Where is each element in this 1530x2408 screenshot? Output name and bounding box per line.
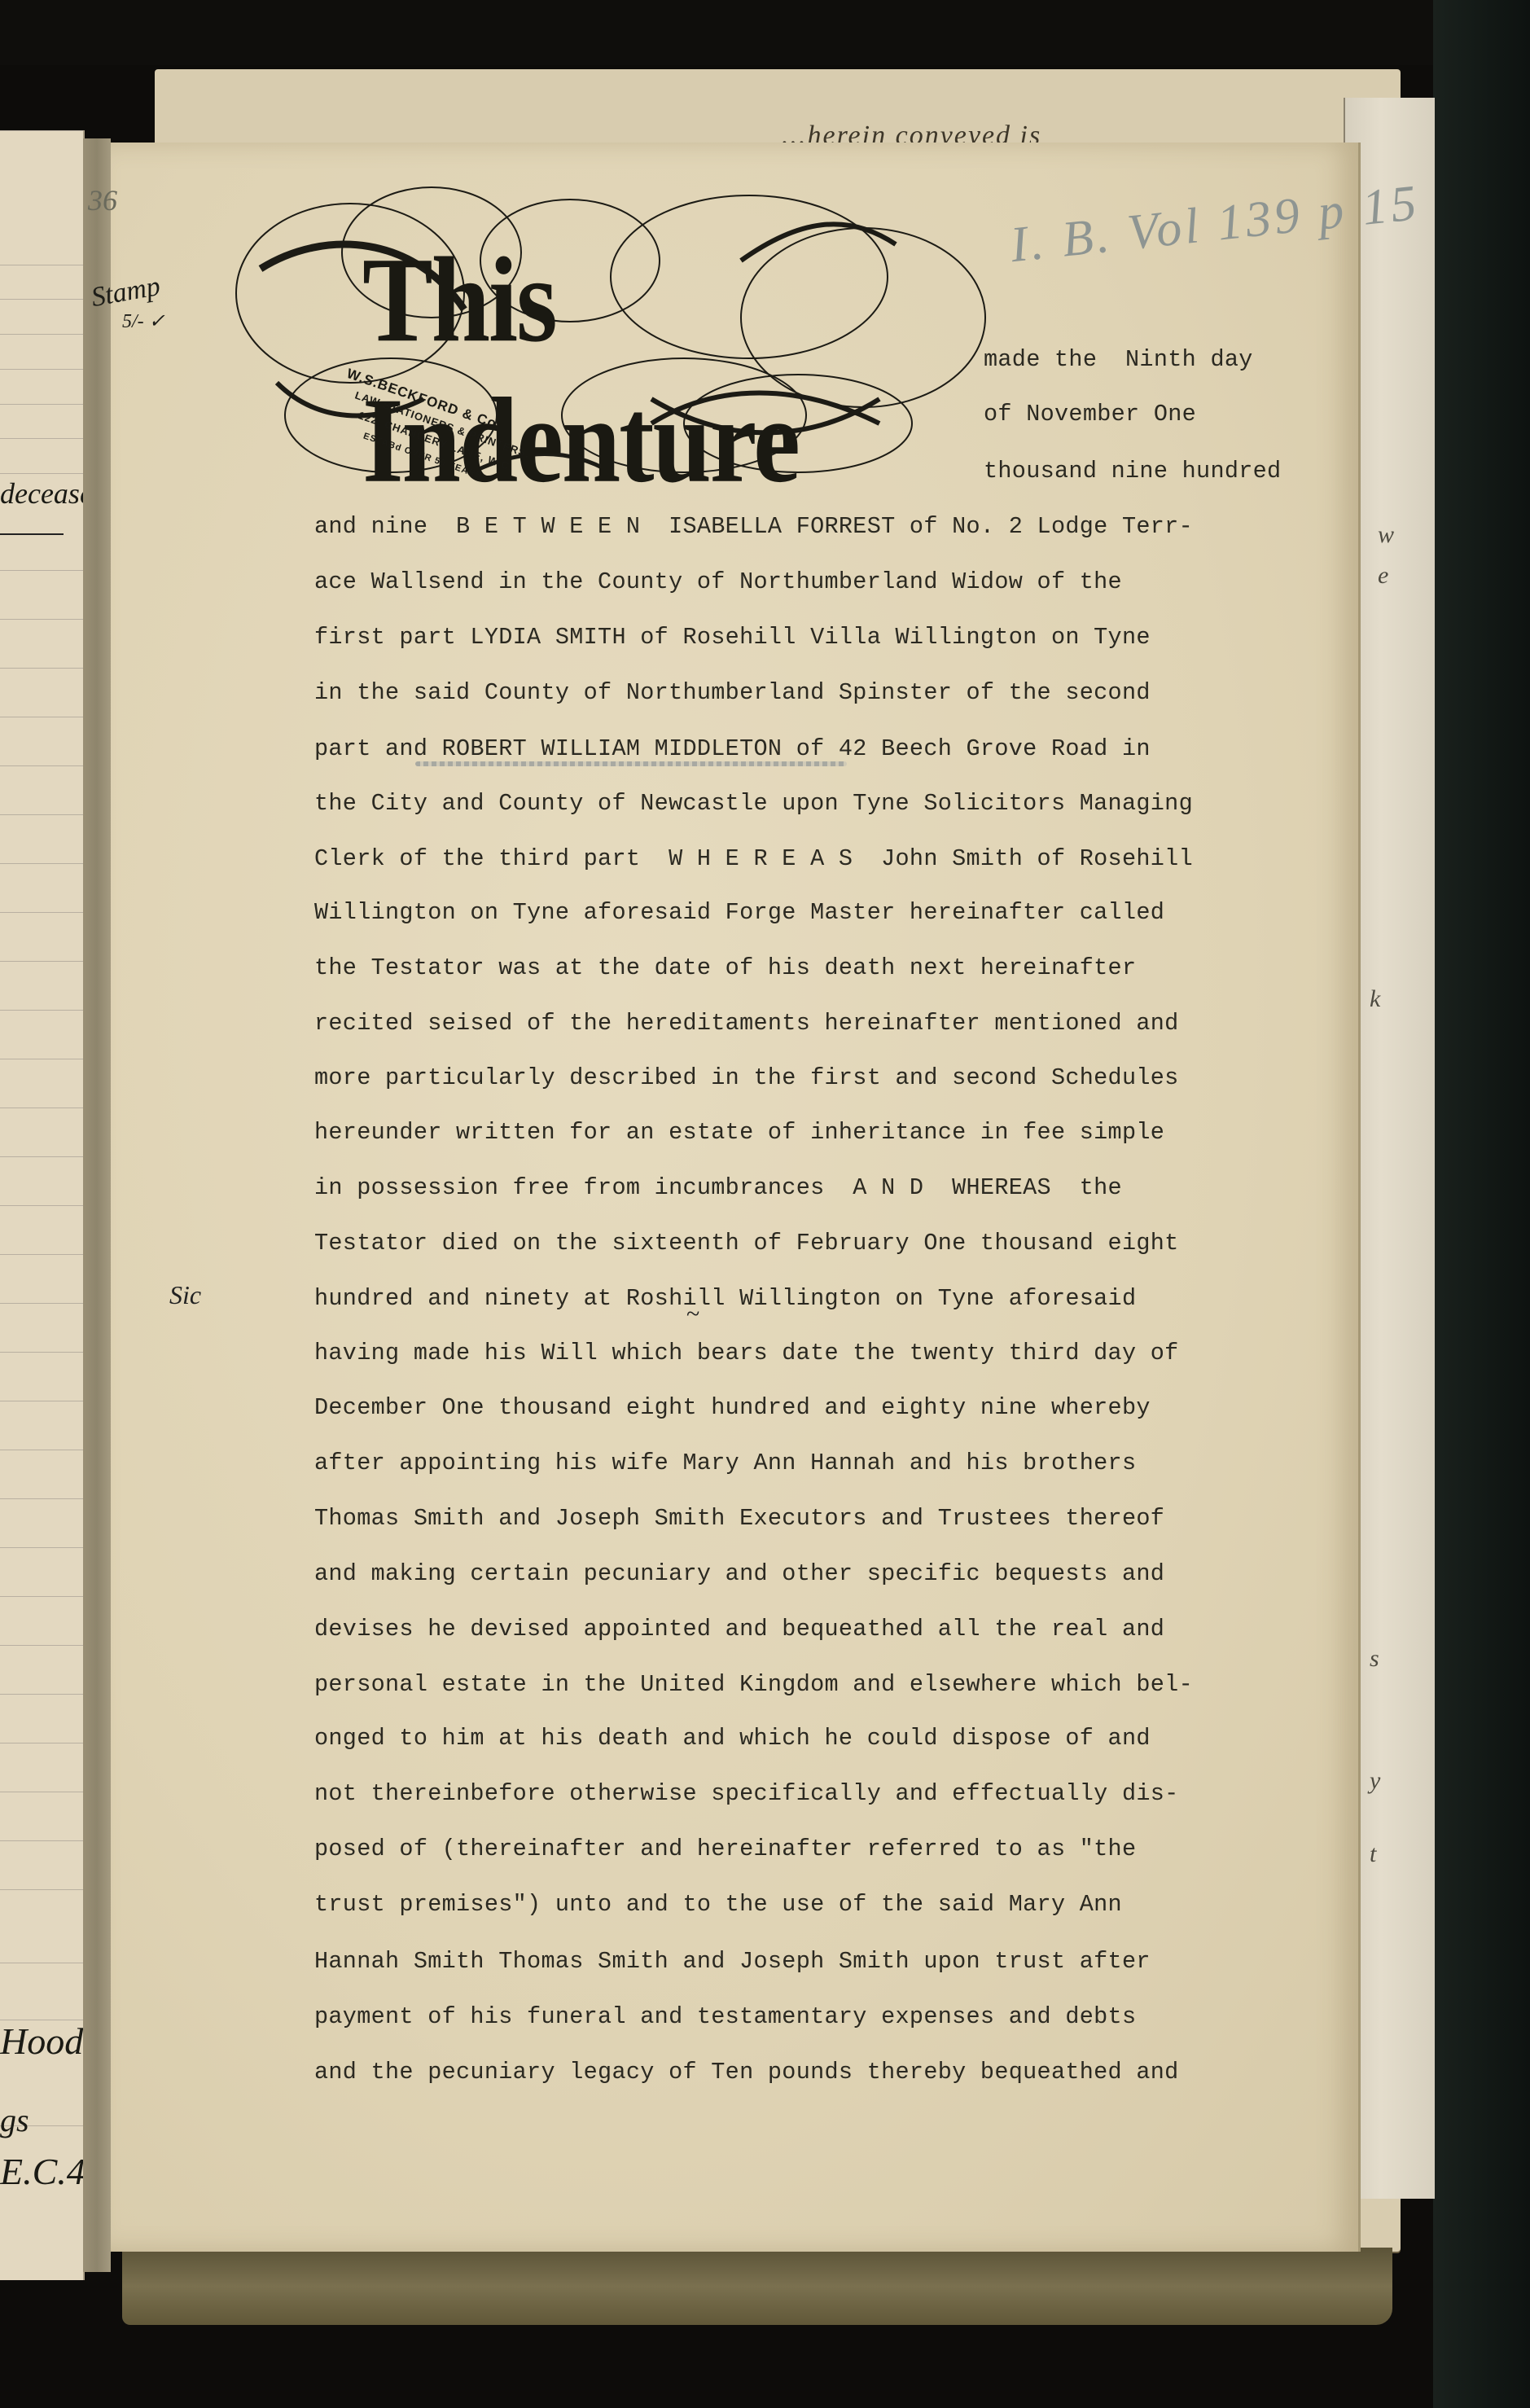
ledger-rule xyxy=(0,1108,83,1108)
ledger-rule xyxy=(0,814,83,815)
page-number: 36 xyxy=(88,183,117,217)
ledger-rule xyxy=(0,668,83,669)
left-page-gs-note: gs xyxy=(0,2101,29,2139)
ledger-rule xyxy=(0,619,83,620)
edge-mark: y xyxy=(1370,1767,1380,1795)
ledger-rule xyxy=(0,369,83,370)
left-page-underline xyxy=(0,533,64,535)
body-line: ace Wallsend in the County of Northumber… xyxy=(314,568,1122,595)
ledger-rule xyxy=(0,570,83,571)
sic-marginal-note: Sic xyxy=(169,1280,201,1310)
ledger-rule xyxy=(0,404,83,405)
ledger-rule xyxy=(0,473,83,474)
body-line: and the pecuniary legacy of Ten pounds t… xyxy=(314,2059,1179,2086)
ledger-rule xyxy=(0,1254,83,1255)
body-line: Testator died on the sixteenth of Februa… xyxy=(314,1230,1179,1257)
ledger-rule xyxy=(0,1205,83,1206)
body-line: hundred and ninety at Roshill Willington… xyxy=(314,1285,1136,1312)
body-line: posed of (thereinafter and hereinafter r… xyxy=(314,1836,1136,1862)
ledger-rule xyxy=(0,299,83,300)
edge-mark: w xyxy=(1378,521,1394,549)
stamp-duty-note: 5/- ✓ xyxy=(122,309,165,333)
ledger-rule xyxy=(0,863,83,864)
ledger-rule xyxy=(0,912,83,913)
ledger-rule xyxy=(0,717,83,717)
ledger-rule xyxy=(0,1694,83,1695)
bottom-folded-edge xyxy=(122,2248,1392,2325)
body-line: devises he devised appointed and bequeat… xyxy=(314,1616,1164,1643)
body-line: Hannah Smith Thomas Smith and Joseph Smi… xyxy=(314,1948,1151,1975)
body-line: onged to him at his death and which he c… xyxy=(314,1725,1151,1752)
body-line: the City and County of Newcastle upon Ty… xyxy=(314,790,1193,817)
body-line: Clerk of the third part W H E R E A S Jo… xyxy=(314,845,1193,872)
indenture-heading: This Indenture W.S.BECKFORD & Co. LAW ST… xyxy=(228,179,993,489)
body-line: Thomas Smith and Joseph Smith Executors … xyxy=(314,1505,1164,1532)
body-line: recited seised of the hereditaments here… xyxy=(314,1010,1179,1037)
body-line: having made his Will which bears date th… xyxy=(314,1340,1179,1366)
body-line: December One thousand eight hundred and … xyxy=(314,1394,1151,1421)
edge-mark: s xyxy=(1370,1645,1379,1673)
edge-mark: k xyxy=(1370,985,1380,1013)
ledger-rule xyxy=(0,1963,83,1963)
body-line: trust premises") unto and to the use of … xyxy=(314,1891,1122,1918)
ledger-rule xyxy=(0,1596,83,1597)
body-line: Willington on Tyne aforesaid Forge Maste… xyxy=(314,899,1164,926)
ledger-rule xyxy=(0,1743,83,1743)
ledger-rule xyxy=(0,961,83,962)
ledger-rule xyxy=(0,1156,83,1157)
ledger-rule xyxy=(0,130,83,131)
ledger-rule xyxy=(0,1059,83,1059)
body-line: personal estate in the United Kingdom an… xyxy=(314,1671,1193,1698)
body-line: and nine B E T W E E N ISABELLA FORREST … xyxy=(314,513,1193,540)
left-page-ec4-note: E.C.4. xyxy=(0,2150,94,2193)
body-line: payment of his funeral and testamentary … xyxy=(314,2003,1136,2030)
ledger-rule xyxy=(0,1498,83,1499)
opening-line: of November One xyxy=(984,401,1196,428)
body-line: the Testator was at the date of his deat… xyxy=(314,954,1136,981)
ledger-rule xyxy=(0,1547,83,1548)
ledger-rule xyxy=(0,1792,83,1792)
ledger-rule xyxy=(0,1352,83,1353)
body-line: first part LYDIA SMITH of Rosehill Villa… xyxy=(314,624,1151,651)
sic-underline-mark: ~ xyxy=(686,1300,699,1328)
ledger-rule xyxy=(0,1010,83,1011)
tick-icon: ✓ xyxy=(149,311,165,332)
ledger-rule xyxy=(0,265,83,265)
book-gutter xyxy=(83,138,111,2272)
body-line: hereunder written for an estate of inher… xyxy=(314,1119,1164,1146)
ledger-rule xyxy=(0,1889,83,1890)
body-line: after appointing his wife Mary Ann Hanna… xyxy=(314,1450,1136,1476)
opening-line: made the Ninth day xyxy=(984,346,1253,373)
edge-mark: t xyxy=(1370,1840,1376,1868)
dark-background-top xyxy=(0,0,1530,65)
body-line: and making certain pecuniary and other s… xyxy=(314,1560,1164,1587)
body-line: part and ROBERT WILLIAM MIDDLETON of 42 … xyxy=(314,735,1151,762)
stamp-fraction: 5/- xyxy=(122,311,144,332)
opening-line: thousand nine hundred xyxy=(984,458,1281,485)
ledger-rule xyxy=(0,1303,83,1304)
ledger-rule xyxy=(0,765,83,766)
dark-background-right xyxy=(1433,0,1530,2408)
ledger-rule xyxy=(0,1450,83,1450)
ledger-rule xyxy=(0,334,83,335)
body-line: more particularly described in the first… xyxy=(314,1064,1179,1091)
ledger-rule xyxy=(0,1645,83,1646)
body-line: not thereinbefore otherwise specifically… xyxy=(314,1780,1179,1807)
edge-mark: e xyxy=(1378,562,1388,590)
body-line: in possession free from incumbrances A N… xyxy=(314,1174,1122,1201)
ledger-rule xyxy=(0,438,83,439)
left-ledger-page xyxy=(0,130,85,2280)
pencil-underline-mark xyxy=(415,761,847,766)
body-line: in the said County of Northumberland Spi… xyxy=(314,679,1151,706)
ledger-rule xyxy=(0,1401,83,1401)
ledger-rule xyxy=(0,1840,83,1841)
